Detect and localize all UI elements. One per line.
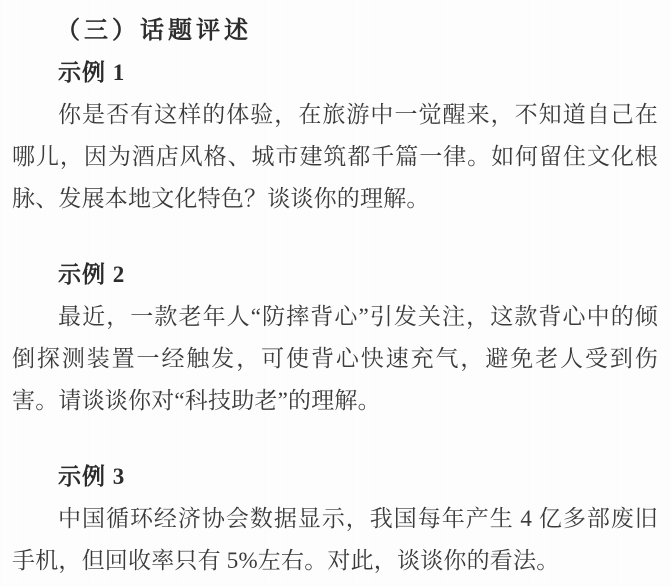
example-2-paragraph: 最近，一款老年人“防摔背心”引发关注，这款背心中的倾倒探测装置一经触发，可使背心… — [12, 296, 658, 422]
example-section-1: 示例 1 你是否有这样的体验，在旅游中一觉醒来，不知道自己在哪儿，因为酒店风格、… — [12, 52, 658, 220]
example-2-label: 示例 2 — [58, 254, 658, 296]
example-section-2: 示例 2 最近，一款老年人“防摔背心”引发关注，这款背心中的倾倒探测装置一经触发… — [12, 254, 658, 422]
document-page: （三）话题评述 示例 1 你是否有这样的体验，在旅游中一觉醒来，不知道自己在哪儿… — [0, 0, 671, 587]
example-3-label: 示例 3 — [58, 456, 658, 498]
section-heading: （三）话题评述 — [56, 10, 658, 52]
example-1-paragraph: 你是否有这样的体验，在旅游中一觉醒来，不知道自己在哪儿，因为酒店风格、城市建筑都… — [12, 94, 658, 220]
example-3-paragraph: 中国循环经济协会数据显示，我国每年产生 4 亿多部废旧手机，但回收率只有 5%左… — [12, 498, 658, 582]
example-1-label: 示例 1 — [58, 52, 658, 94]
example-section-3: 示例 3 中国循环经济协会数据显示，我国每年产生 4 亿多部废旧手机，但回收率只… — [12, 456, 658, 582]
